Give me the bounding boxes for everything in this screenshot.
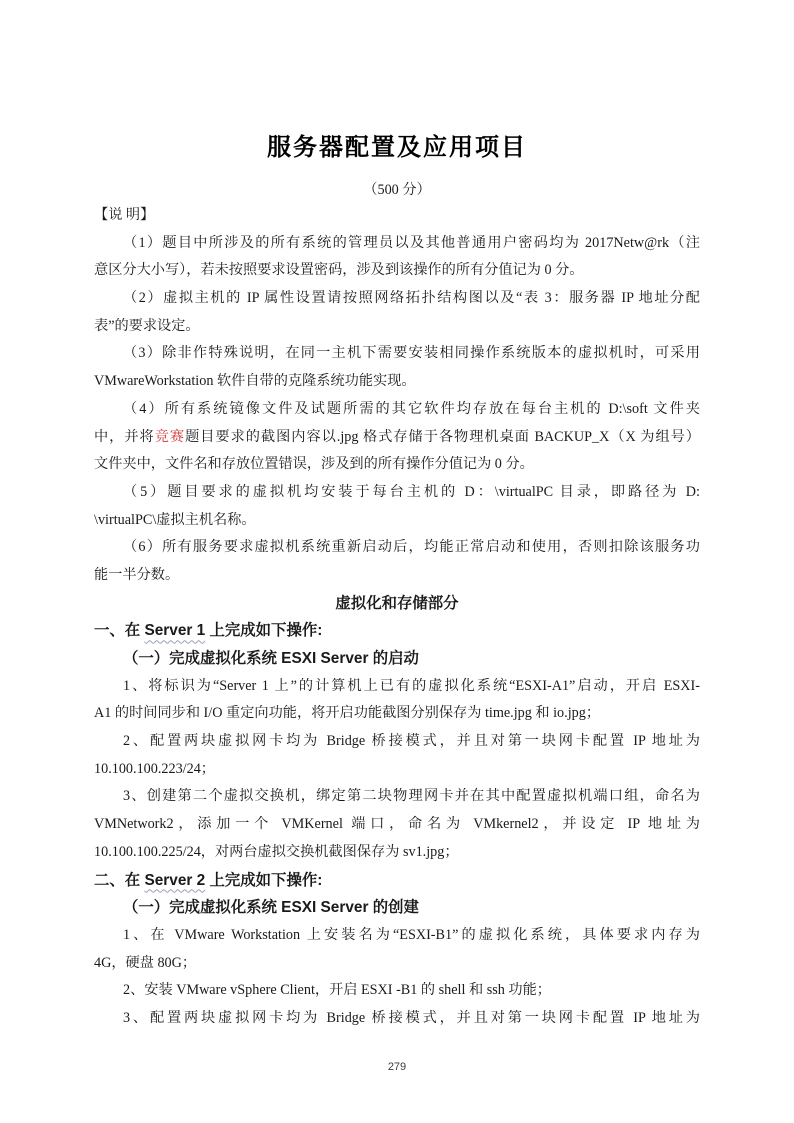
text-run: （4）所有系统镜像文件及试题所需的其它软件均存放在每台主机的 D:\soft 文… xyxy=(123,401,700,417)
text-run: （1）题目中所涉及的所有系统的管理员以及其他普通用户密码均为 2017Netw@… xyxy=(123,235,700,251)
notice-5-line-1: （5）题目要求的虚拟机均安装于每台主机的 D：\virtualPC 目录，即路径… xyxy=(94,479,700,507)
text-run: （一）完成虚拟化系统 ESXI Server 的创建 xyxy=(123,899,419,916)
notice-2-line-1: （2）虚拟主机的 IP 属性设置请按照网络拓扑结构图以及“表 3：服务器 IP … xyxy=(94,285,700,313)
document-title: 服务器配置及应用项目 xyxy=(94,127,700,162)
text-run: 10.100.100.225/24，对两台虚拟交换机截图保存为 sv1.jpg； xyxy=(94,844,459,860)
text-run: 【说 明】 xyxy=(94,207,154,223)
page-number: 279 xyxy=(0,1061,794,1073)
text-run: 中，并将 xyxy=(94,429,155,445)
notice-4-line-2: 中，并将竞赛题目要求的截图内容以.jpg 格式存储于各物理机桌面 BACKUP_… xyxy=(94,424,700,452)
server1-item1-line-1: 1、将标识为“Server 1 上”的计算机上已有的虚拟化系统“ESXI-A1”… xyxy=(94,673,700,701)
text-run: \virtualPC\虚拟主机名称。 xyxy=(94,512,256,528)
text-run: （2）虚拟主机的 IP 属性设置请按照网络拓扑结构图以及“表 3：服务器 IP … xyxy=(123,290,700,306)
server1-heading: 一、在 Server 1 上完成如下操作: xyxy=(94,617,700,645)
text-run: VMwareWorkstation 软件自带的克隆系统功能实现。 xyxy=(94,373,416,389)
text-run: 3、创建第二个虚拟交换机，绑定第二块物理网卡并在其中配置虚拟机端口组，命名为 xyxy=(123,788,700,804)
document-page: 服务器配置及应用项目 （500 分） 【说 明】（1）题目中所涉及的所有系统的管… xyxy=(0,0,794,1123)
server1-item3-line-1: 3、创建第二个虚拟交换机，绑定第二块物理网卡并在其中配置虚拟机端口组，命名为 xyxy=(94,783,700,811)
notice-6-line-2: 能一半分数。 xyxy=(94,562,700,590)
highlight-competition: 竞赛 xyxy=(155,429,185,445)
notice-2-line-2: 表”的要求设定。 xyxy=(94,313,700,341)
text-run: 表”的要求设定。 xyxy=(94,318,200,334)
text-run: （6）所有服务要求虚拟机系统重新启动后，均能正常启动和使用，否则扣除该服务功 xyxy=(123,539,700,555)
server1-item3-line-2: VMNetwork2，添加一个 VMKernel 端口，命名为 VMkernel… xyxy=(94,811,700,839)
text-run: 能一半分数。 xyxy=(94,567,179,583)
server1-item2-line-2: 10.100.100.223/24； xyxy=(94,756,700,784)
server1-item3-line-3: 10.100.100.225/24，对两台虚拟交换机截图保存为 sv1.jpg； xyxy=(94,839,700,867)
notice-4-line-1: （4）所有系统镜像文件及试题所需的其它软件均存放在每台主机的 D:\soft 文… xyxy=(94,396,700,424)
server2-item3-line-1: 3、配置两块虚拟网卡均为 Bridge 桥接模式，并且对第一块网卡配置 IP 地… xyxy=(94,1005,700,1033)
text-run: 一、在 xyxy=(94,622,144,639)
text-run: 意区分大小写），若未按照要求设置密码，涉及到该操作的所有分值记为 0 分。 xyxy=(94,262,583,278)
text-run: 二、在 xyxy=(94,872,144,889)
notice-1-line-1: （1）题目中所涉及的所有系统的管理员以及其他普通用户密码均为 2017Netw@… xyxy=(94,230,700,258)
document-lines: 【说 明】（1）题目中所涉及的所有系统的管理员以及其他普通用户密码均为 2017… xyxy=(94,202,700,1033)
text-run: VMNetwork2，添加一个 VMKernel 端口，命名为 VMkernel… xyxy=(94,816,700,832)
server1-label: Server 1 xyxy=(144,622,205,639)
server1-item2-line-1: 2、配置两块虚拟网卡均为 Bridge 桥接模式，并且对第一块网卡配置 IP 地… xyxy=(94,728,700,756)
text-run: 上完成如下操作: xyxy=(205,622,322,639)
text-run: 2、配置两块虚拟网卡均为 Bridge 桥接模式，并且对第一块网卡配置 IP 地… xyxy=(123,733,700,749)
text-run: 文件夹中，文件名和存放位置错误，涉及到的所有操作分值记为 0 分。 xyxy=(94,456,534,472)
notice-label: 【说 明】 xyxy=(94,202,700,230)
text-run: （3）除非作特殊说明，在同一主机下需要安装相同操作系统版本的虚拟机时，可采用 xyxy=(123,345,700,361)
text-run: 2、安装 VMware vSphere Client，开启 ESXI -B1 的… xyxy=(123,982,551,998)
server1-subheading: （一）完成虚拟化系统 ESXI Server 的启动 xyxy=(94,645,700,673)
text-run: 上完成如下操作: xyxy=(205,872,322,889)
text-run: 4G，硬盘 80G； xyxy=(94,955,196,971)
section-heading-virtualization: 虚拟化和存储部分 xyxy=(94,590,700,618)
text-run: 题目要求的截图内容以.jpg 格式存储于各物理机桌面 BACKUP_X（X 为组… xyxy=(185,429,700,445)
notice-6-line-1: （6）所有服务要求虚拟机系统重新启动后，均能正常启动和使用，否则扣除该服务功 xyxy=(94,534,700,562)
text-run: （5）题目要求的虚拟机均安装于每台主机的 D：\virtualPC 目录，即路径… xyxy=(123,484,700,500)
text-run: A1 的时间同步和 I/O 重定向功能，将开启功能截图分别保存为 time.jp… xyxy=(94,705,600,721)
notice-3-line-1: （3）除非作特殊说明，在同一主机下需要安装相同操作系统版本的虚拟机时，可采用 xyxy=(94,340,700,368)
text-run: 虚拟化和存储部分 xyxy=(335,595,458,612)
text-run: 1、在 VMware Workstation 上安装名为“ESXI-B1”的虚拟… xyxy=(123,927,700,943)
server2-subheading: （一）完成虚拟化系统 ESXI Server 的创建 xyxy=(94,894,700,922)
notice-1-line-2: 意区分大小写），若未按照要求设置密码，涉及到该操作的所有分值记为 0 分。 xyxy=(94,257,700,285)
server1-item1-line-2: A1 的时间同步和 I/O 重定向功能，将开启功能截图分别保存为 time.jp… xyxy=(94,700,700,728)
server2-item2-line-1: 2、安装 VMware vSphere Client，开启 ESXI -B1 的… xyxy=(94,977,700,1005)
notice-5-line-2: \virtualPC\虚拟主机名称。 xyxy=(94,507,700,535)
text-run: 1、将标识为“Server 1 上”的计算机上已有的虚拟化系统“ESXI-A1”… xyxy=(123,678,700,694)
text-run: 3、配置两块虚拟网卡均为 Bridge 桥接模式，并且对第一块网卡配置 IP 地… xyxy=(123,1010,700,1026)
text-run: 10.100.100.223/24； xyxy=(94,761,215,777)
server2-heading: 二、在 Server 2 上完成如下操作: xyxy=(94,867,700,895)
server2-item1-line-1: 1、在 VMware Workstation 上安装名为“ESXI-B1”的虚拟… xyxy=(94,922,700,950)
document-subtitle: （500 分） xyxy=(94,179,700,199)
text-run: （一）完成虚拟化系统 ESXI Server 的启动 xyxy=(123,650,419,667)
server2-label: Server 2 xyxy=(144,872,205,889)
notice-3-line-2: VMwareWorkstation 软件自带的克隆系统功能实现。 xyxy=(94,368,700,396)
server2-item1-line-2: 4G，硬盘 80G； xyxy=(94,950,700,978)
notice-4-line-3: 文件夹中，文件名和存放位置错误，涉及到的所有操作分值记为 0 分。 xyxy=(94,451,700,479)
